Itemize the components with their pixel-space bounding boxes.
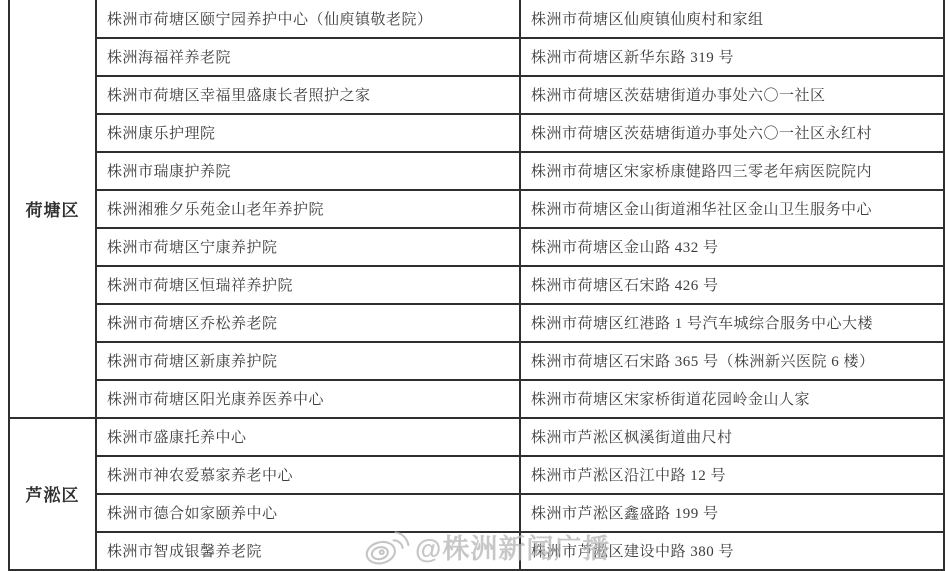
table-row: 株洲市荷塘区宁康养护院株洲市荷塘区金山路 432 号 bbox=[9, 228, 944, 266]
facility-name-cell: 株洲市荷塘区幸福里盛康长者照护之家 bbox=[96, 76, 520, 114]
address-cell: 株洲市荷塘区金山街道湘华社区金山卫生服务中心 bbox=[520, 190, 944, 228]
table-row: 株洲市荷塘区乔松养老院株洲市荷塘区红港路 1 号汽车城综合服务中心大楼 bbox=[9, 304, 944, 342]
table-row: 株洲市荷塘区新康养护院株洲市荷塘区石宋路 365 号（株洲新兴医院 6 楼） bbox=[9, 342, 944, 380]
address-cell: 株洲市荷塘区红港路 1 号汽车城综合服务中心大楼 bbox=[520, 304, 944, 342]
table-row: 株洲海福祥养老院株洲市荷塘区新华东路 319 号 bbox=[9, 38, 944, 76]
facility-name-cell: 株洲市荷塘区阳光康养医养中心 bbox=[96, 380, 520, 418]
facility-name-cell: 株洲湘雅夕乐苑金山老年养护院 bbox=[96, 190, 520, 228]
address-cell: 株洲市芦淞区枫溪街道曲尺村 bbox=[520, 418, 944, 456]
facility-name-cell: 株洲市德合如家颐养中心 bbox=[96, 494, 520, 532]
table-row: 株洲市德合如家颐养中心株洲市芦淞区鑫盛路 199 号 bbox=[9, 494, 944, 532]
facility-name-cell: 株洲市荷塘区乔松养老院 bbox=[96, 304, 520, 342]
table-row: 芦淞区株洲市盛康托养中心株洲市芦淞区枫溪街道曲尺村 bbox=[9, 418, 944, 456]
facility-name-cell: 株洲市智成银馨养老院 bbox=[96, 532, 520, 570]
table-row: 荷塘区株洲市荷塘区颐宁园养护中心（仙庾镇敬老院）株洲市荷塘区仙庾镇仙庾村和家组 bbox=[9, 0, 944, 38]
facility-name-cell: 株洲市瑞康护养院 bbox=[96, 152, 520, 190]
facility-table: 荷塘区株洲市荷塘区颐宁园养护中心（仙庾镇敬老院）株洲市荷塘区仙庾镇仙庾村和家组株… bbox=[8, 0, 945, 571]
facility-name-cell: 株洲市荷塘区宁康养护院 bbox=[96, 228, 520, 266]
address-cell: 株洲市荷塘区石宋路 365 号（株洲新兴医院 6 楼） bbox=[520, 342, 944, 380]
facility-table-body: 荷塘区株洲市荷塘区颐宁园养护中心（仙庾镇敬老院）株洲市荷塘区仙庾镇仙庾村和家组株… bbox=[9, 0, 944, 570]
facility-name-cell: 株洲市盛康托养中心 bbox=[96, 418, 520, 456]
address-cell: 株洲市荷塘区仙庾镇仙庾村和家组 bbox=[520, 0, 944, 38]
table-row: 株洲市神农爱慕家养老中心株洲市芦淞区沿江中路 12 号 bbox=[9, 456, 944, 494]
table-row: 株洲市荷塘区幸福里盛康长者照护之家株洲市荷塘区茨菇塘街道办事处六〇一社区 bbox=[9, 76, 944, 114]
facility-name-cell: 株洲海福祥养老院 bbox=[96, 38, 520, 76]
address-cell: 株洲市芦淞区建设中路 380 号 bbox=[520, 532, 944, 570]
table-row: 株洲市智成银馨养老院株洲市芦淞区建设中路 380 号 bbox=[9, 532, 944, 570]
address-cell: 株洲市芦淞区沿江中路 12 号 bbox=[520, 456, 944, 494]
facility-name-cell: 株洲康乐护理院 bbox=[96, 114, 520, 152]
district-cell: 荷塘区 bbox=[9, 0, 96, 418]
address-cell: 株洲市荷塘区石宋路 426 号 bbox=[520, 266, 944, 304]
table-row: 株洲市荷塘区阳光康养医养中心株洲市荷塘区宋家桥街道花园岭金山人家 bbox=[9, 380, 944, 418]
address-cell: 株洲市荷塘区茨菇塘街道办事处六〇一社区 bbox=[520, 76, 944, 114]
address-cell: 株洲市荷塘区新华东路 319 号 bbox=[520, 38, 944, 76]
facility-name-cell: 株洲市荷塘区颐宁园养护中心（仙庾镇敬老院） bbox=[96, 0, 520, 38]
facility-name-cell: 株洲市神农爱慕家养老中心 bbox=[96, 456, 520, 494]
facility-name-cell: 株洲市荷塘区恒瑞祥养护院 bbox=[96, 266, 520, 304]
address-cell: 株洲市荷塘区宋家桥街道花园岭金山人家 bbox=[520, 380, 944, 418]
page: 荷塘区株洲市荷塘区颐宁园养护中心（仙庾镇敬老院）株洲市荷塘区仙庾镇仙庾村和家组株… bbox=[0, 0, 949, 571]
table-row: 株洲康乐护理院株洲市荷塘区茨菇塘街道办事处六〇一社区永红村 bbox=[9, 114, 944, 152]
address-cell: 株洲市荷塘区茨菇塘街道办事处六〇一社区永红村 bbox=[520, 114, 944, 152]
table-row: 株洲市瑞康护养院株洲市荷塘区宋家桥康健路四三零老年病医院院内 bbox=[9, 152, 944, 190]
table-row: 株洲市荷塘区恒瑞祥养护院株洲市荷塘区石宋路 426 号 bbox=[9, 266, 944, 304]
address-cell: 株洲市荷塘区宋家桥康健路四三零老年病医院院内 bbox=[520, 152, 944, 190]
district-cell: 芦淞区 bbox=[9, 418, 96, 570]
table-row: 株洲湘雅夕乐苑金山老年养护院株洲市荷塘区金山街道湘华社区金山卫生服务中心 bbox=[9, 190, 944, 228]
address-cell: 株洲市芦淞区鑫盛路 199 号 bbox=[520, 494, 944, 532]
facility-name-cell: 株洲市荷塘区新康养护院 bbox=[96, 342, 520, 380]
address-cell: 株洲市荷塘区金山路 432 号 bbox=[520, 228, 944, 266]
